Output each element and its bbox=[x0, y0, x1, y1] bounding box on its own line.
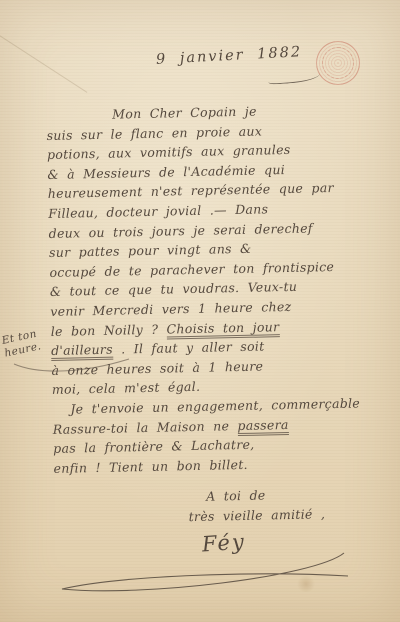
letter-text: Je t'envoie un engagement, commerçable bbox=[70, 395, 360, 416]
letter-text: enfin ! Tient un bon billet. bbox=[53, 457, 248, 476]
letter-text: à onze heures soit à 1 heure bbox=[51, 358, 263, 377]
letter-line: très vieille amitié , bbox=[188, 503, 388, 527]
underlined-phrase: d'ailleurs bbox=[51, 342, 113, 361]
letter-text: & à Messieurs de l'Académie qui bbox=[47, 162, 285, 182]
postal-stamp-icon bbox=[316, 41, 360, 85]
letter-text: Mon Cher Copain je bbox=[112, 104, 257, 122]
letter-text: Rassure-toi la Maison ne bbox=[53, 418, 238, 437]
date-flourish bbox=[268, 68, 321, 85]
letter-date: 9 janvier 1882 bbox=[156, 44, 303, 68]
letter-text: potions, aux vomitifs aux granules bbox=[47, 142, 291, 162]
letter-text: pas la frontière & Lachatre, bbox=[53, 437, 255, 456]
letter-text: Filleau, docteur jovial .— Dans bbox=[48, 201, 268, 221]
signature-flourish bbox=[52, 543, 362, 601]
letter-text: A toi de bbox=[206, 488, 266, 504]
letter-text: moi, cela m'est égal. bbox=[52, 379, 201, 397]
letter-text: sur pattes pour vingt ans & bbox=[49, 241, 252, 260]
letter-text: heureusement n'est représentée que par bbox=[48, 180, 334, 201]
letter-text: deux ou trois jours je serai derechef bbox=[49, 220, 313, 241]
letter-page: 9 janvier 1882 Et ton heure. Mon Cher Co… bbox=[0, 0, 400, 622]
paper-crease bbox=[0, 32, 87, 93]
letter-text: suis sur le flanc en proie aux bbox=[46, 123, 262, 143]
letter-text: & tout ce que tu voudras. Veux-tu bbox=[50, 279, 298, 299]
letter-text: le bon Noilly ? bbox=[51, 321, 167, 338]
letter-text: venir Mercredi vers 1 heure chez bbox=[50, 299, 291, 319]
letter-text: très vieille amitié , bbox=[188, 506, 325, 524]
letter-body: Mon Cher Copain jesuis sur le flanc en p… bbox=[46, 99, 389, 529]
underlined-phrase: passera bbox=[237, 416, 289, 435]
letter-text: . Il faut y aller soit bbox=[113, 339, 265, 357]
